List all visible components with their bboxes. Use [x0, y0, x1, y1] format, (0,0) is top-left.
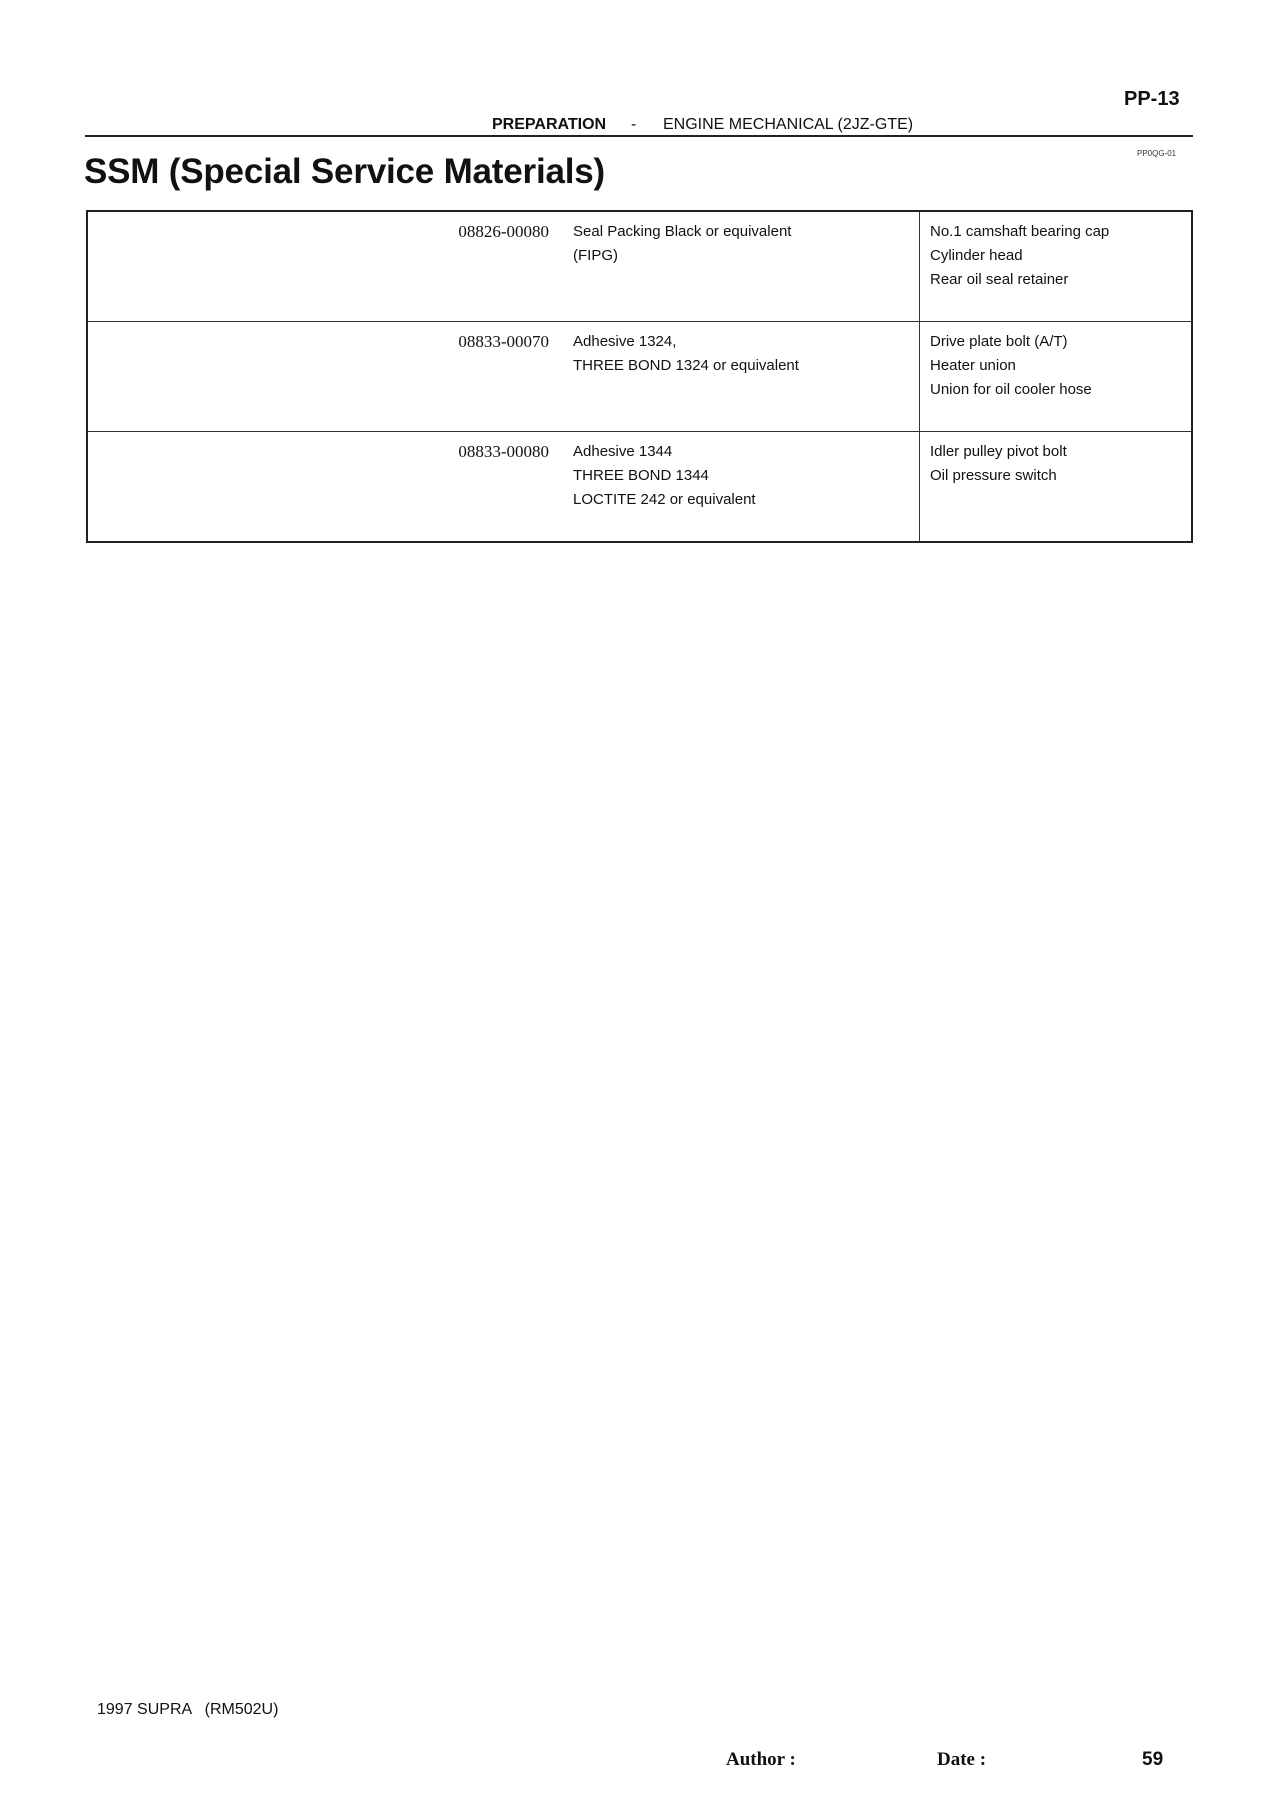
- illustration-cell: [87, 322, 415, 432]
- application-line: Idler pulley pivot bolt: [930, 440, 1191, 464]
- part-number: 08826-00080: [415, 220, 549, 244]
- page-code: PP-13: [1124, 88, 1180, 111]
- description-line: Adhesive 1344: [573, 440, 919, 464]
- footer-model: 1997 SUPRA (RM502U): [97, 1701, 278, 1719]
- footer-page-number: 59: [1142, 1749, 1163, 1771]
- part-number-cell: 08826-00080: [415, 211, 559, 322]
- header-separator: -: [631, 116, 636, 134]
- description-line: Seal Packing Black or equivalent: [573, 220, 919, 244]
- application-cell: Idler pulley pivot bolt Oil pressure swi…: [920, 432, 1193, 543]
- part-number: 08833-00070: [415, 330, 549, 354]
- illustration-cell: [87, 432, 415, 543]
- description-line: LOCTITE 242 or equivalent: [573, 488, 919, 512]
- application-cell: Drive plate bolt (A/T) Heater union Unio…: [920, 322, 1193, 432]
- description-line: Adhesive 1324,: [573, 330, 919, 354]
- footer-date-label: Date :: [937, 1749, 986, 1771]
- application-line: Oil pressure switch: [930, 464, 1191, 488]
- description-line: (FIPG): [573, 244, 919, 268]
- application-line: Union for oil cooler hose: [930, 378, 1191, 402]
- page-title: SSM (Special Service Materials): [84, 152, 605, 192]
- footer-author-label: Author :: [726, 1749, 796, 1771]
- application-cell: No.1 camshaft bearing cap Cylinder head …: [920, 211, 1193, 322]
- description-cell: Seal Packing Black or equivalent (FIPG): [559, 211, 920, 322]
- application-line: Drive plate bolt (A/T): [930, 330, 1191, 354]
- description-cell: Adhesive 1344 THREE BOND 1344 LOCTITE 24…: [559, 432, 920, 543]
- document-code: PP0QG-01: [1137, 149, 1176, 158]
- application-line: No.1 camshaft bearing cap: [930, 220, 1191, 244]
- header-chapter: ENGINE MECHANICAL (2JZ-GTE): [663, 116, 913, 134]
- part-number: 08833-00080: [415, 440, 549, 464]
- description-cell: Adhesive 1324, THREE BOND 1324 or equiva…: [559, 322, 920, 432]
- header-section: PREPARATION: [492, 116, 606, 134]
- description-line: THREE BOND 1324 or equivalent: [573, 354, 919, 378]
- application-line: Rear oil seal retainer: [930, 268, 1191, 292]
- application-line: Heater union: [930, 354, 1191, 378]
- header-rule: [85, 135, 1193, 137]
- table-row: 08833-00070 Adhesive 1324, THREE BOND 13…: [87, 322, 1192, 432]
- part-number-cell: 08833-00070: [415, 322, 559, 432]
- application-line: Cylinder head: [930, 244, 1191, 268]
- table-row: 08826-00080 Seal Packing Black or equiva…: [87, 211, 1192, 322]
- illustration-cell: [87, 211, 415, 322]
- description-line: THREE BOND 1344: [573, 464, 919, 488]
- table-row: 08833-00080 Adhesive 1344 THREE BOND 134…: [87, 432, 1192, 543]
- ssm-table: 08826-00080 Seal Packing Black or equiva…: [86, 210, 1193, 543]
- part-number-cell: 08833-00080: [415, 432, 559, 543]
